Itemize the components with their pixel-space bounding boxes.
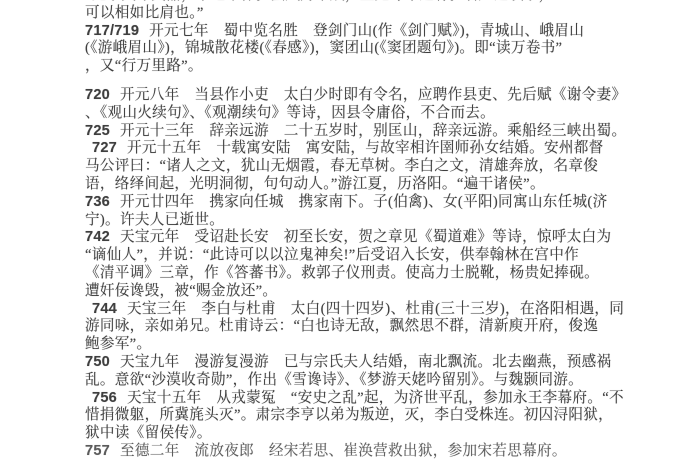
entry-line-744: 744天宝三年 李白与杜甫 太白(四十四岁)、杜甫(三十三岁)，在洛阳相遇，同 [85, 301, 630, 319]
text-line: 鲍参军”。 [85, 336, 630, 354]
text-line: 可以相如比肩也。” [85, 5, 630, 23]
entry-line-756: 756天宝十五年 从戎蒙冤 “安史之乱”起，为济世平乱，参加永王李幕府。“不 [85, 390, 630, 408]
entry-line-750: 750天宝九年 漫游复漫游 已与宗氏夫人结婚，南北飘流。北去幽燕，预感祸 [85, 354, 630, 372]
entry-line-757: 757至德二年 流放夜郎 经宋若思、崔涣营救出狱，参加宋若思幕府。 [85, 443, 630, 461]
text-line: 狱中读《留侯传》。 [85, 425, 630, 443]
entry-text: 天宝九年 漫游复漫游 已与宗氏夫人结婚，南北飘流。北去幽燕，预感祸 [120, 354, 612, 370]
entry-text: 开元十三年 辞亲远游 二十五岁时，别匡山，辞亲远游。乘船经三峡出蜀。 [120, 123, 626, 139]
text-line: 《清平调》三章，作《答蕃书》。救郭子仪刑责。使高力士脱靴，杨贵妃捧砚。 [85, 265, 630, 283]
entry-line-725: 725开元十三年 辞亲远游 二十五岁时，别匡山，辞亲远游。乘船经三峡出蜀。 [85, 123, 630, 141]
year-number: 725 [85, 123, 110, 139]
text-line: 惜捐微躯，所冀旄头灭”。肃宗李亨以弟为叛逆，灭，李白受株连。初囚浔阳狱， [85, 407, 630, 425]
text-line: 游同咏，亲如弟兄。杜甫诗云：“白也诗无敌，飘然思不群，清新庾开府，俊逸 [85, 318, 630, 336]
text-line: (《游峨眉山》)，锦城散花楼(《春感》)，窦团山(《窦团题句》)。即“读万卷书” [85, 40, 630, 58]
text-line: 乱。意欲“沙漠收奇勋”，作出《雪谗诗》、《梦游天姥吟留别》。与魏颢同游。 [85, 372, 630, 390]
entry-text: 开元八年 当县作小吏 太白少时即有令名，应聘作县吏、先后赋《谢令妻》 [120, 87, 626, 103]
entry-line-736: 736开元廿四年 携家向任城 携家南下。子(伯禽)、女(平阳)同寓山东任城(济 [85, 194, 630, 212]
entry-text: 天宝十五年 从戎蒙冤 “安史之乱”起，为济世平乱，参加永王李幕府。“不 [127, 390, 624, 406]
entry-text: 天宝元年 受诏赴长安 初至长安，贺之章见《蜀道难》等诗，惊呼太白为 [120, 229, 612, 245]
year-number: 736 [85, 194, 110, 210]
entry-line-727: 727开元十五年 十载寓安陆 寓安陆，与故宰相许圉师孙女结婚。安州都督 [85, 140, 630, 158]
entry-text: 开元七年 蜀中览名胜 登剑门山(作《剑门赋》)，青城山、峨眉山 [149, 23, 584, 39]
entry-text: 开元廿四年 携家向任城 携家南下。子(伯禽)、女(平阳)同寓山东任城(济 [120, 194, 608, 210]
entry-text: 天宝三年 李白与杜甫 太白(四十四岁)、杜甫(三十三岁)，在洛阳相遇，同 [127, 301, 624, 317]
year-number: 756 [92, 390, 117, 406]
text-line: 马公评曰：“诸人之文，犹山无烟霞，春无草树。李白之文，清雄奔放，名章俊 [85, 158, 630, 176]
year-number: 717/719 [85, 23, 139, 39]
entry-line-742: 742天宝元年 受诏赴长安 初至长安，贺之章见《蜀道难》等诗，惊呼太白为 [85, 229, 630, 247]
year-number: 757 [85, 443, 110, 459]
scanned-document-page: “此子天才英丽，下笔不休。虽风力未成，且见专车之骨。若广之以学，可以相如比肩也。… [0, 0, 700, 470]
chronology-text: “此子天才英丽，下笔不休。虽风力未成，且见专车之骨。若广之以学，可以相如比肩也。… [85, 0, 630, 461]
entry-line-720: 720开元八年 当县作小吏 太白少时即有令名，应聘作县吏、先后赋《谢令妻》 [85, 87, 630, 105]
entry-text: 至德二年 流放夜郎 经宋若思、崔涣营救出狱，参加宋若思幕府。 [120, 443, 567, 459]
year-number: 750 [85, 354, 110, 370]
text-line: 宁)。许夫人已逝世。 [85, 212, 630, 230]
text-line: 语，络绎间起，光明洞彻，句句动人。”游江夏，历洛阳。“遍干诸侯”。 [85, 176, 630, 194]
text-line: “谪仙人”，并说：“此诗可以以泣鬼神矣!”后受诏入长安，供奉翰林在宫中作 [85, 247, 630, 265]
year-number: 744 [92, 301, 117, 317]
entry-text: 开元十五年 十载寓安陆 寓安陆，与故宰相许圉师孙女结婚。安州都督 [127, 140, 604, 156]
year-number: 727 [92, 140, 117, 156]
entry-line-717-719: 717/719开元七年 蜀中览名胜 登剑门山(作《剑门赋》)，青城山、峨眉山 [85, 23, 630, 41]
text-line: 、《观山火续句》、《观潮续句》等诗，因县令庸俗，不合而去。 [85, 105, 630, 123]
year-number: 742 [85, 229, 110, 245]
text-line: ，又“行万里路”。 [85, 58, 630, 76]
year-number: 720 [85, 87, 110, 103]
text-line: 遭奸佞谗毁，被“赐金放还”。 [85, 283, 630, 301]
